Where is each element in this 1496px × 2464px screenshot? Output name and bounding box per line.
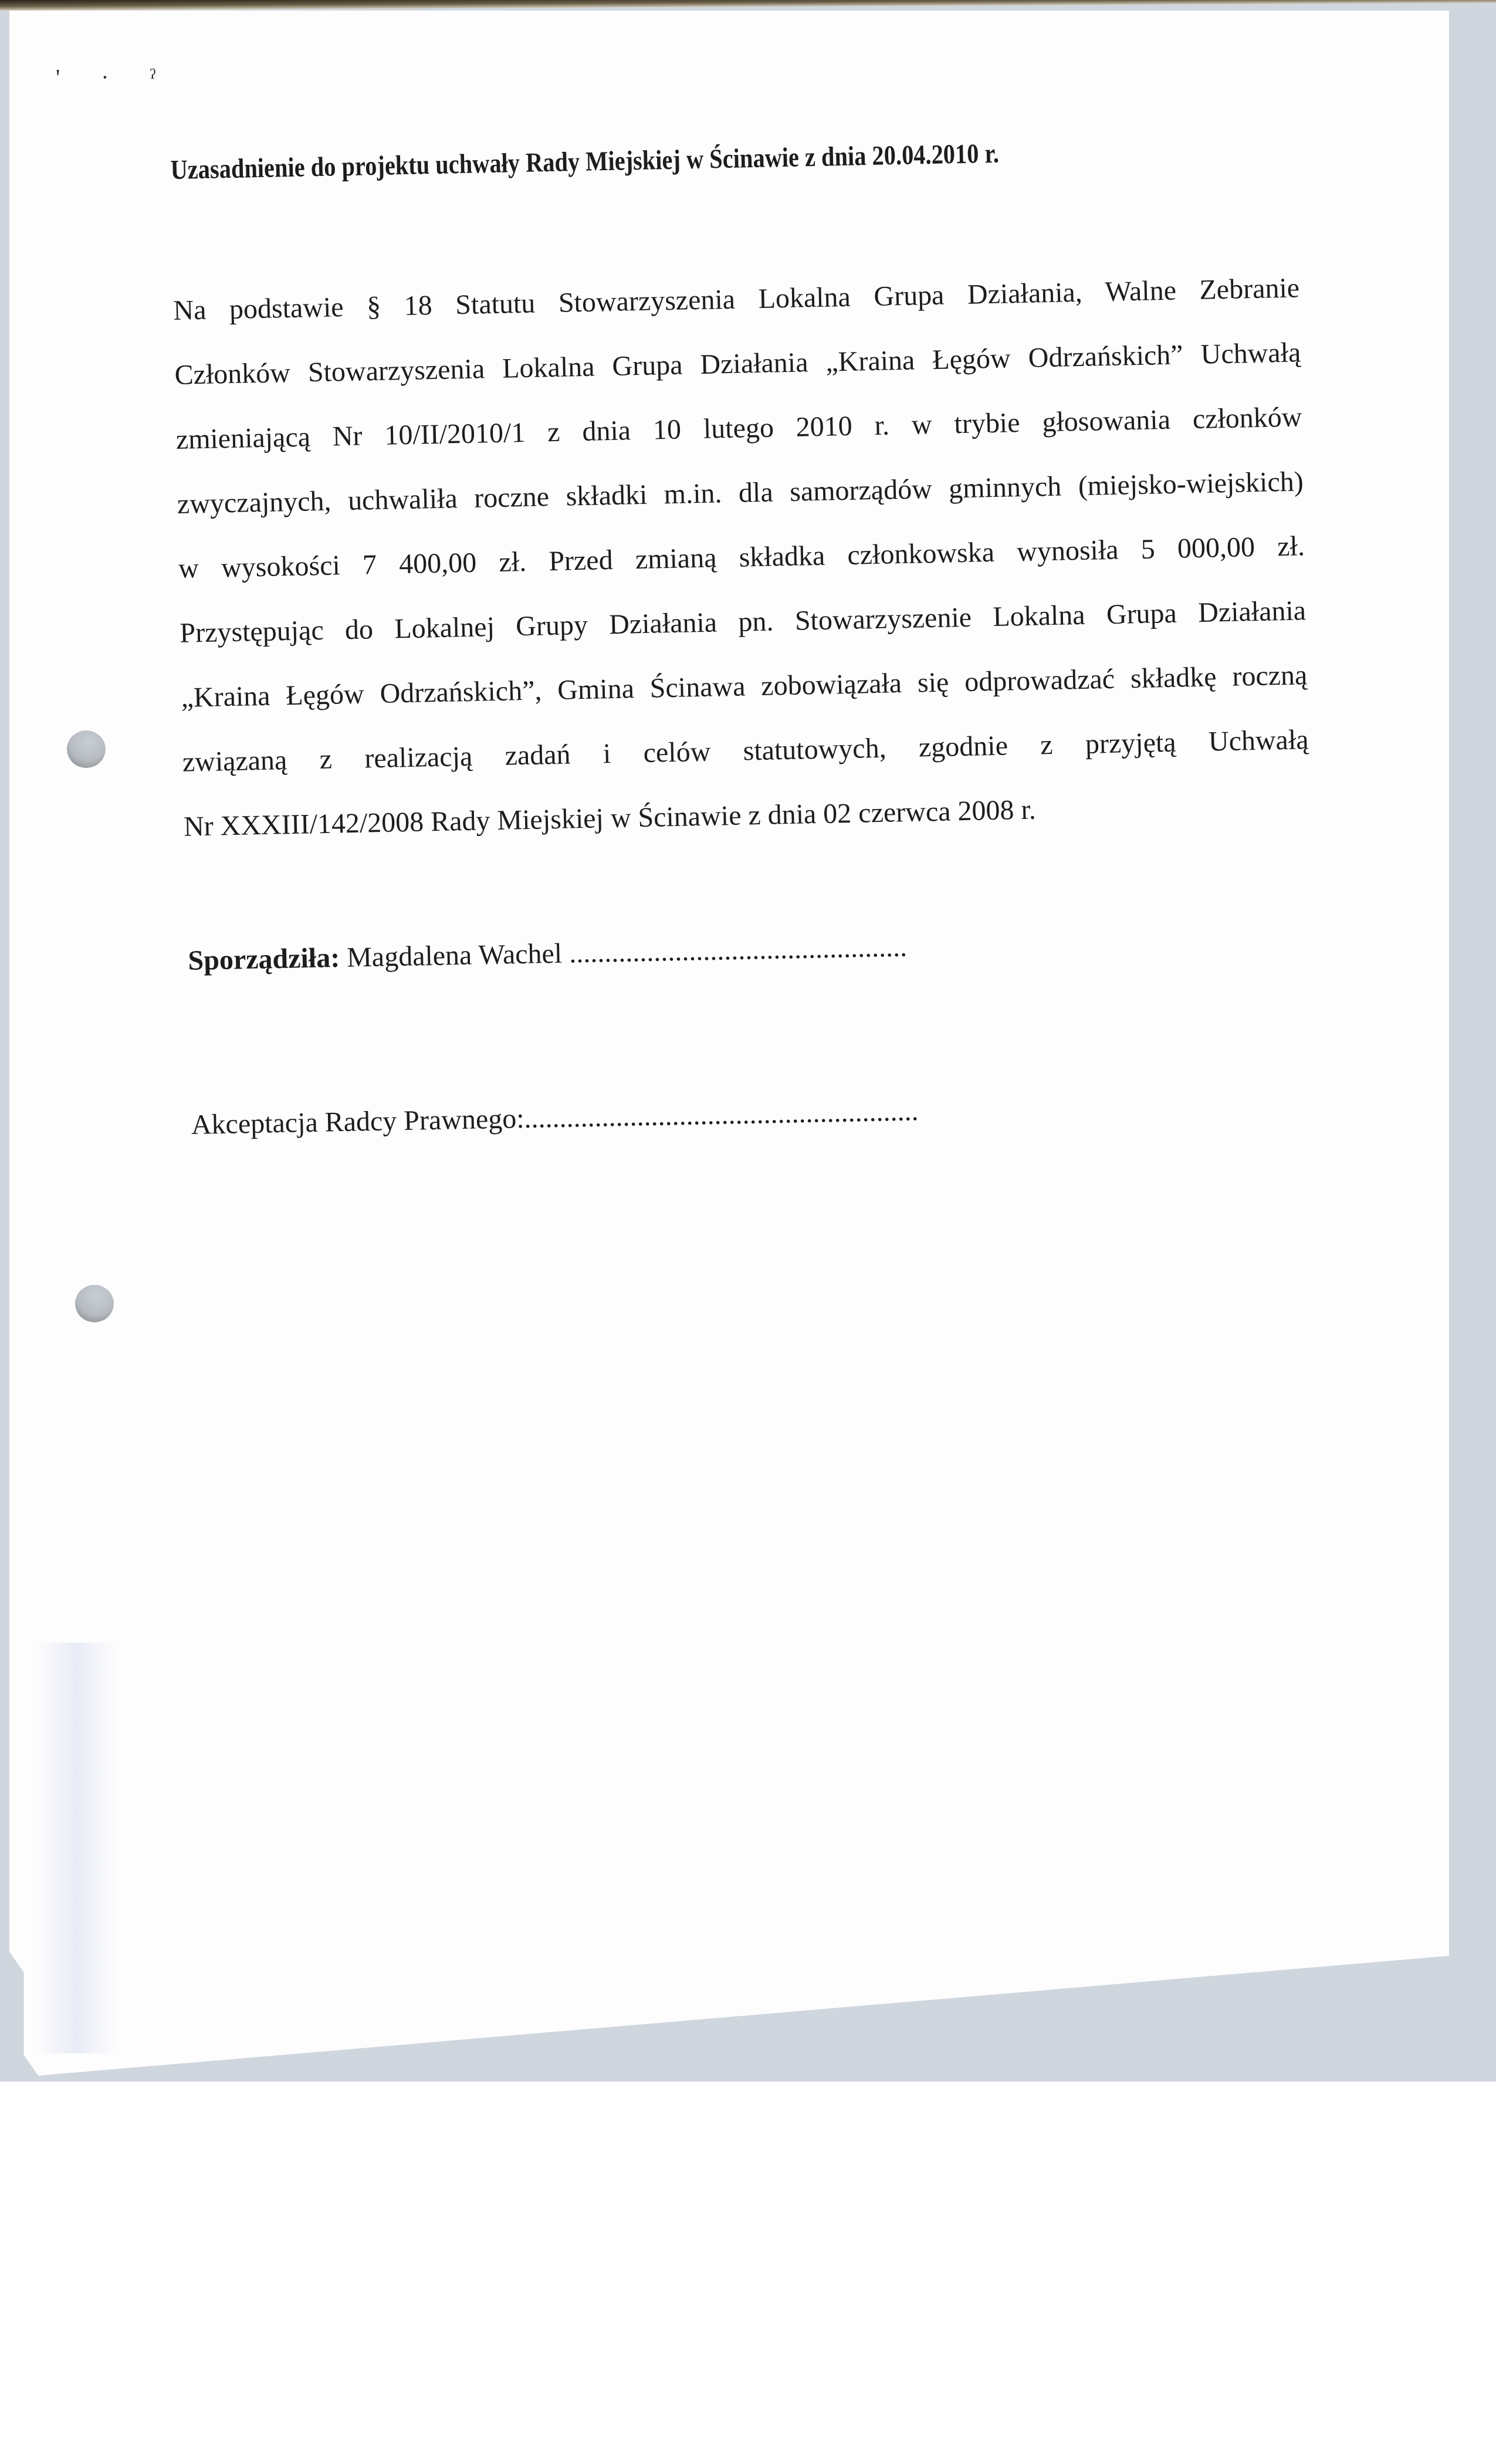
punch-hole-icon	[67, 730, 106, 768]
document-content: Uzasadnienie do projektu uchwały Rady Mi…	[170, 130, 1311, 859]
punch-hole-icon	[75, 1285, 114, 1322]
paper-shading	[35, 1643, 117, 2053]
signature-block: Sporządziła: Magdalena Wachel ..........…	[188, 930, 919, 1141]
prepared-by-label: Sporządziła:	[188, 942, 340, 976]
body-paragraph: Na podstawie § 18 Statutu Stowarzyszenia…	[172, 256, 1310, 859]
scan-specks: ' · ˀ	[56, 63, 173, 91]
